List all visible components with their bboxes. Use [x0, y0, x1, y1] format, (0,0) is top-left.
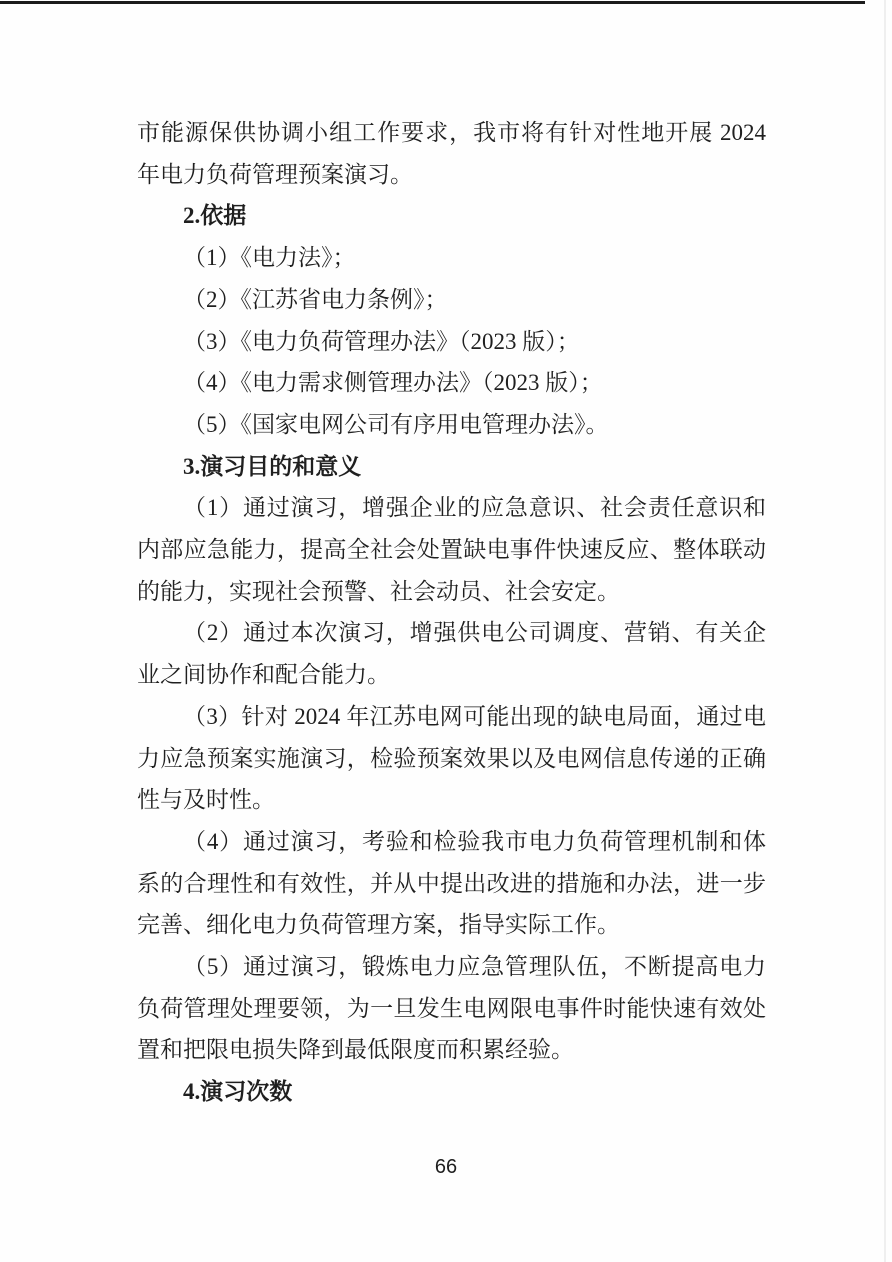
body-paragraph: （3）《电力负荷管理办法》（2023 版）； [137, 321, 766, 363]
body-paragraph: 市能源保供协调小组工作要求，我市将有针对性地开展 2024 年电力负荷管理预案演… [137, 112, 766, 195]
section-heading: 2.依据 [137, 195, 766, 237]
body-paragraph: （2）通过本次演习，增强供电公司调度、营销、有关企业之间协作和配合能力。 [137, 612, 766, 695]
scanned-document-page: 市能源保供协调小组工作要求，我市将有针对性地开展 2024 年电力负荷管理预案演… [0, 0, 892, 1262]
body-paragraph: （4）《电力需求侧管理办法》（2023 版）； [137, 362, 766, 404]
body-paragraph: （5）通过演习，锻炼电力应急管理队伍，不断提高电力负荷管理处理要领，为一旦发生电… [137, 946, 766, 1071]
document-body: 市能源保供协调小组工作要求，我市将有针对性地开展 2024 年电力负荷管理预案演… [137, 112, 766, 1113]
body-paragraph: （3）针对 2024 年江苏电网可能出现的缺电局面，通过电力应急预案实施演习，检… [137, 696, 766, 821]
body-paragraph: （2）《江苏省电力条例》； [137, 279, 766, 321]
scan-artifact-top-line [0, 1, 865, 4]
section-heading: 4.演习次数 [137, 1071, 766, 1113]
body-paragraph: （5）《国家电网公司有序用电管理办法》。 [137, 404, 766, 446]
body-paragraph: （1）《电力法》； [137, 237, 766, 279]
scan-artifact-right-line [884, 0, 886, 1262]
body-paragraph: （4）通过演习，考验和检验我市电力负荷管理机制和体系的合理性和有效性，并从中提出… [137, 821, 766, 946]
section-heading: 3.演习目的和意义 [137, 446, 766, 488]
page-number: 66 [0, 1156, 892, 1179]
body-paragraph: （1）通过演习，增强企业的应急意识、社会责任意识和内部应急能力，提高全社会处置缺… [137, 487, 766, 612]
